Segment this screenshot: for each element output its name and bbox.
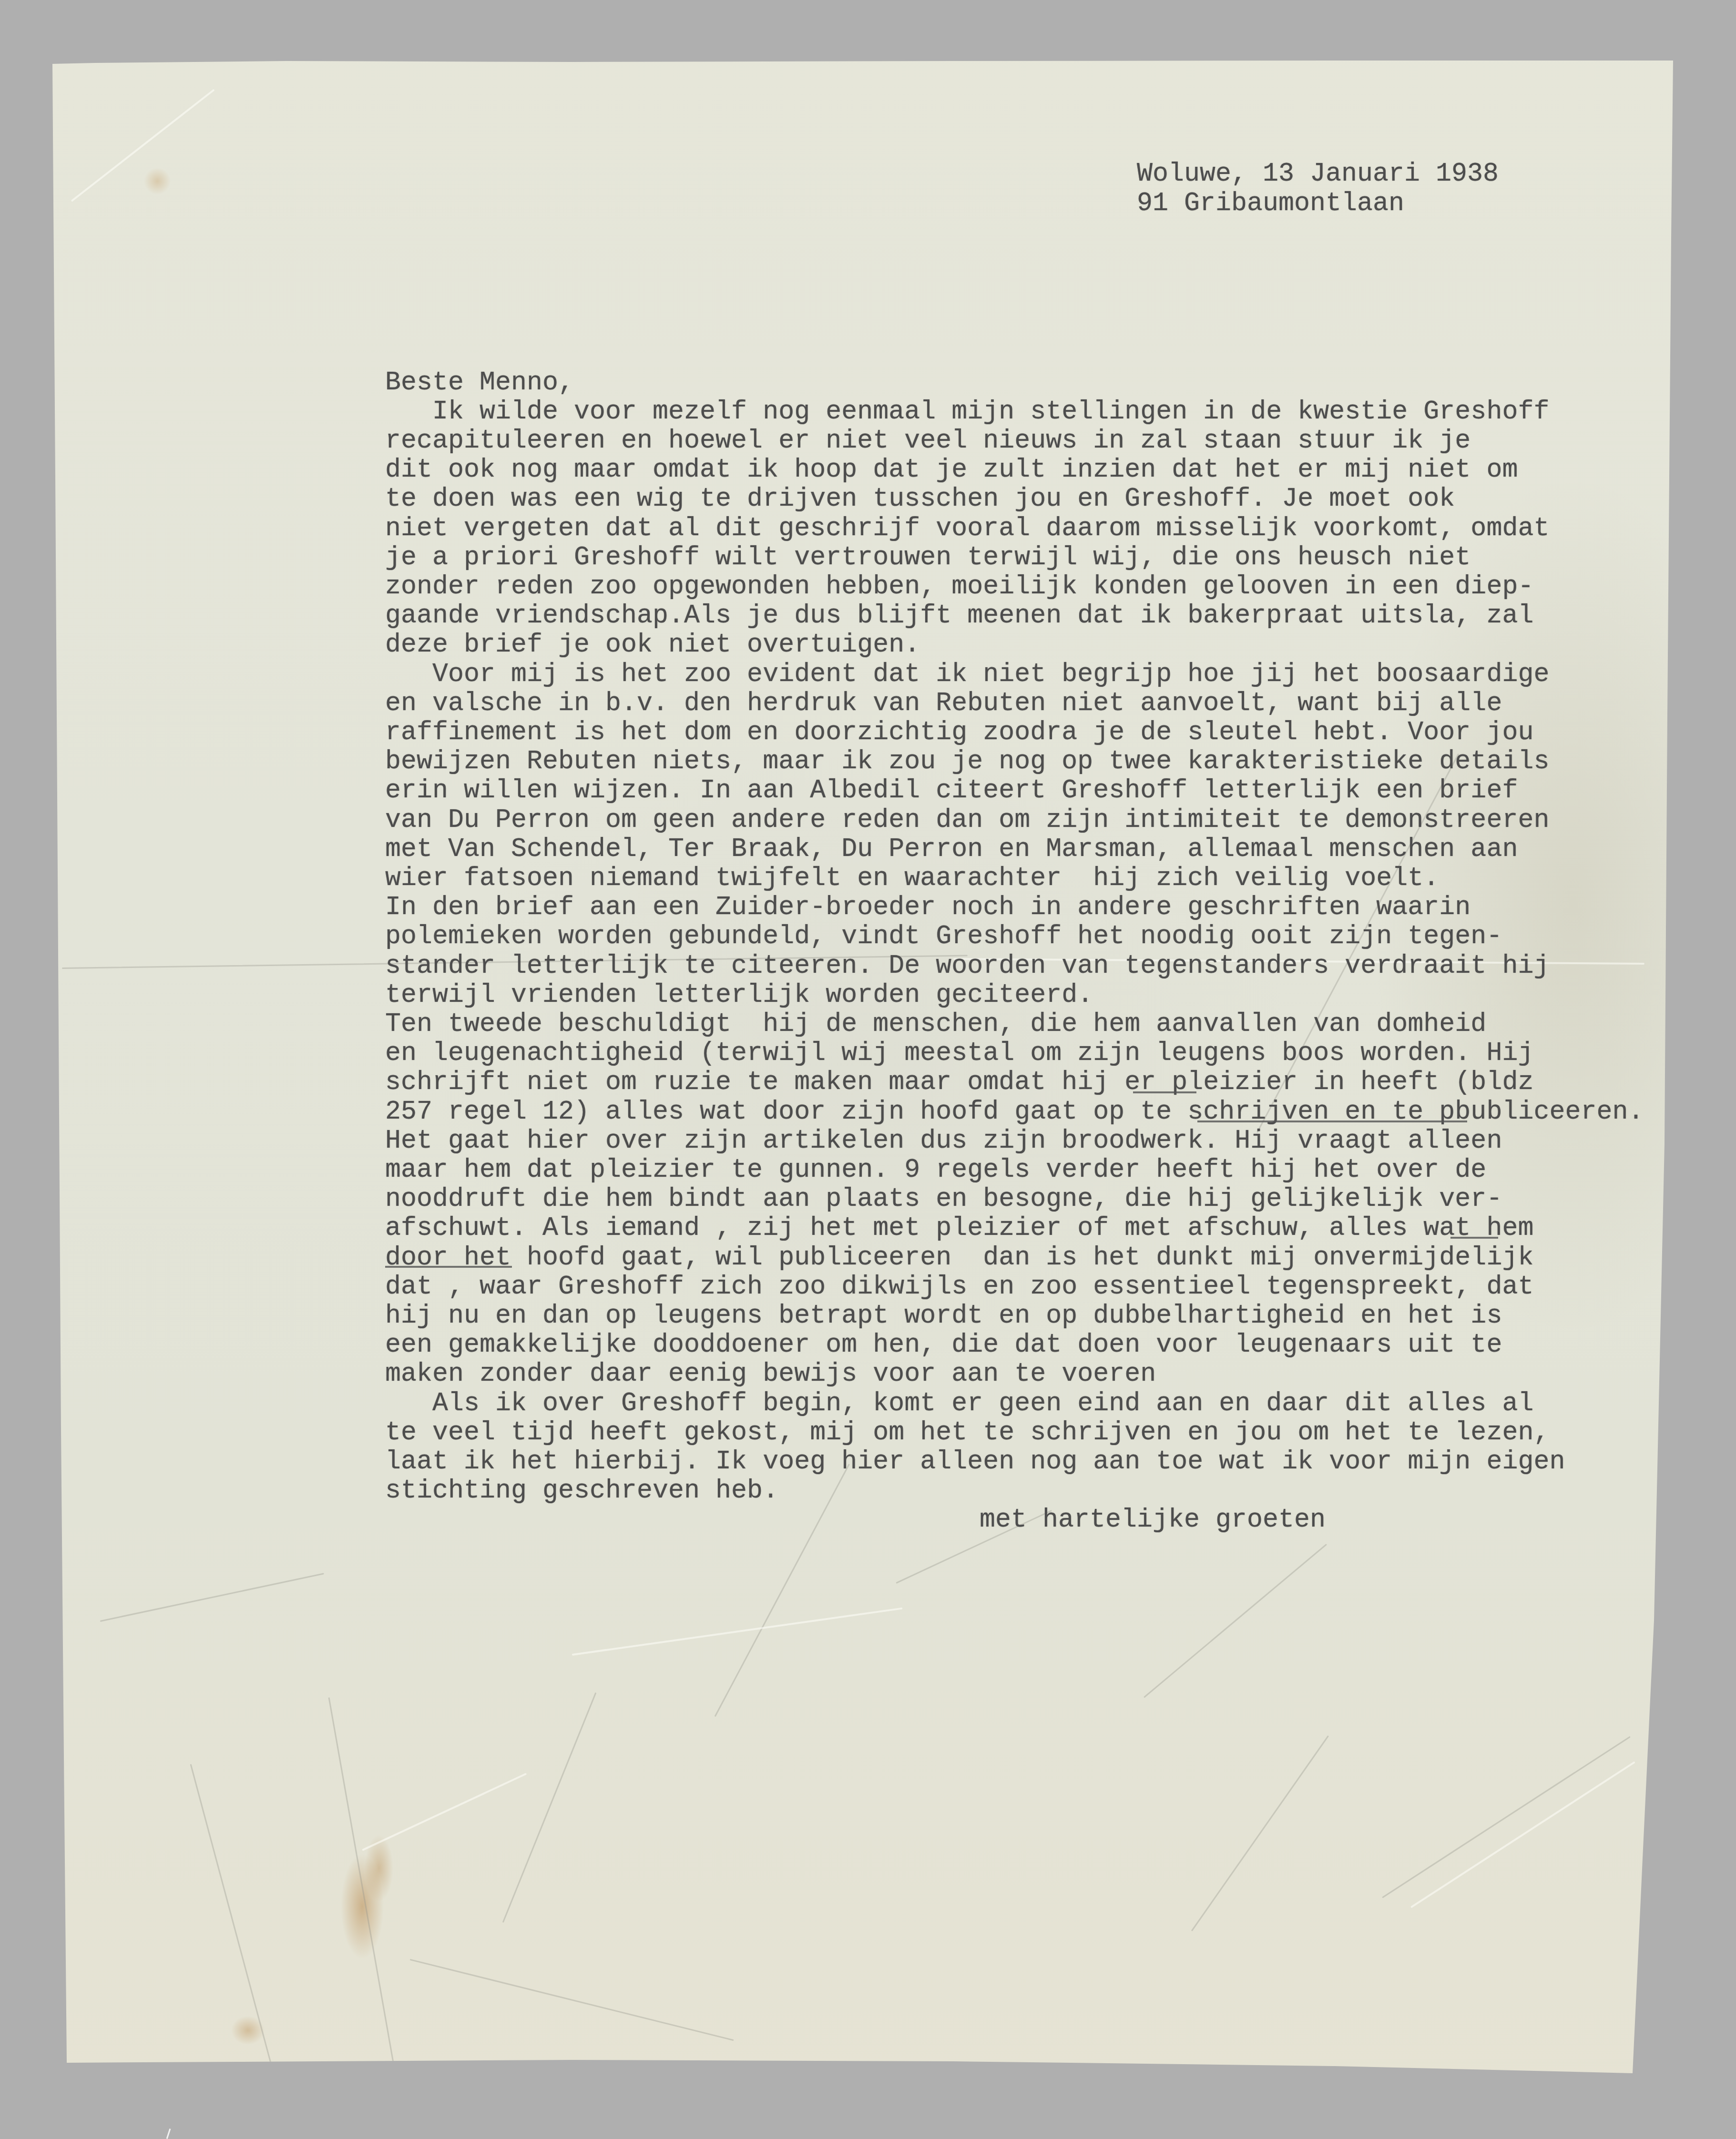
body-line: Voor mij is het zoo evident dat ik niet … — [385, 660, 1549, 689]
paper-crease — [502, 1692, 597, 1923]
body-line: je a priori Greshoff wilt vertrouwen ter… — [385, 543, 1470, 572]
body-line: een gemakkelijke dooddoener om hen, die … — [385, 1330, 1502, 1359]
body-line: raffinement is het dom en doorzichtig zo… — [385, 718, 1533, 747]
body-line: niet vergeten dat al dit geschrijf voora… — [385, 514, 1549, 543]
body-line: stander letterlijk te citeeren. De woord… — [385, 951, 1549, 980]
body-line: afschuwt. Als iemand , zij het met pleiz… — [385, 1213, 1533, 1243]
paper-crease — [410, 1959, 734, 2041]
body-line: hij nu en dan op leugens betrapt wordt e… — [385, 1301, 1502, 1330]
place-date: Woluwe, 13 Januari 1938 — [1137, 159, 1499, 188]
body-line: te doen was een wig te drijven tusschen … — [385, 484, 1455, 513]
underline-zijn — [1133, 1091, 1196, 1093]
body-line: van Du Perron om geen andere reden dan o… — [385, 805, 1549, 835]
paper-crease — [1191, 1735, 1329, 1931]
paper-crease — [1382, 1736, 1631, 1898]
body-line: te veel tijd heeft gekost, mij om het te… — [385, 1418, 1549, 1447]
body-line: Ten tweede beschuldigt hij de menschen, … — [385, 1009, 1486, 1039]
paper-crease — [1410, 1761, 1635, 1908]
body-line: door het hoofd gaat, wil publiceeren dan… — [385, 1243, 1533, 1272]
body-line: deze brief je ook niet overtuigen. — [385, 630, 920, 659]
underline-pleizier-in-heeft — [1197, 1120, 1467, 1122]
body-line: terwijl vrienden letterlijk worden gecit… — [385, 980, 1093, 1009]
body-line: en leugenachtigheid (terwijl wij meestal… — [385, 1039, 1533, 1068]
letter-paper: Woluwe, 13 Januari 1938 91 Gribaumontlaa… — [0, 0, 1736, 2139]
body-line: met Van Schendel, Ter Braak, Du Perron e… — [385, 835, 1518, 864]
body-line: dit ook nog maar omdat ik hoop dat je zu… — [385, 455, 1518, 484]
body-line: laat ik het hierbij. Ik voeg hier alleen… — [385, 1447, 1565, 1476]
underline-afschuwt — [385, 1266, 512, 1268]
scan-artifact — [166, 2129, 171, 2139]
body-line: bewijzen Rebuten niets, maar ik zou je n… — [385, 747, 1549, 776]
paper-crease — [362, 1773, 527, 1851]
body-line: stichting geschreven heb. — [385, 1476, 778, 1505]
body-line: schrijft niet om ruzie te maken maar omd… — [385, 1068, 1533, 1097]
body-line: Als ik over Greshoff begin, komt er geen… — [385, 1389, 1533, 1418]
body-line: polemieken worden gebundeld, vindt Gresh… — [385, 922, 1502, 951]
paper-crease — [190, 1764, 290, 2133]
body-line: zonder reden zoo opgewonden hebben, moei… — [385, 572, 1533, 601]
body-line: wier fatsoen niemand twijfelt en waarach… — [385, 864, 1439, 893]
body-line: en valsche in b.v. den herdruk van Rebut… — [385, 689, 1502, 718]
body-line: maar hem dat pleizier te gunnen. 9 regel… — [385, 1155, 1486, 1184]
body-line: gaande vriendschap.Als je dus blijft mee… — [385, 601, 1533, 630]
salutation: Beste Menno, — [385, 368, 574, 397]
paper-crease — [71, 89, 215, 202]
body-line: recapituleeren en hoewel er niet veel ni… — [385, 426, 1470, 455]
body-line: dat , waar Greshoff zich zoo dikwijls en… — [385, 1272, 1533, 1301]
paper-crease — [328, 1697, 404, 2120]
paper-crease — [1144, 1544, 1327, 1698]
address: 91 Gribaumontlaan — [1137, 189, 1404, 218]
underline-ver — [1450, 1237, 1498, 1239]
body-line: erin willen wijzen. In aan Albedil citee… — [385, 776, 1518, 805]
body-line: nooddruft die hem bindt aan plaats en be… — [385, 1184, 1502, 1213]
closing: met hartelijke groeten — [980, 1505, 1326, 1534]
body-line: Ik wilde voor mezelf nog eenmaal mijn st… — [385, 397, 1549, 426]
body-line: Het gaat hier over zijn artikelen dus zi… — [385, 1126, 1502, 1155]
paper-crease — [572, 1608, 903, 1656]
body-line: In den brief aan een Zuider-broeder noch… — [385, 893, 1470, 922]
paper-crease — [100, 1573, 324, 1622]
body-line: maken zonder daar eenig bewijs voor aan … — [385, 1359, 1156, 1388]
